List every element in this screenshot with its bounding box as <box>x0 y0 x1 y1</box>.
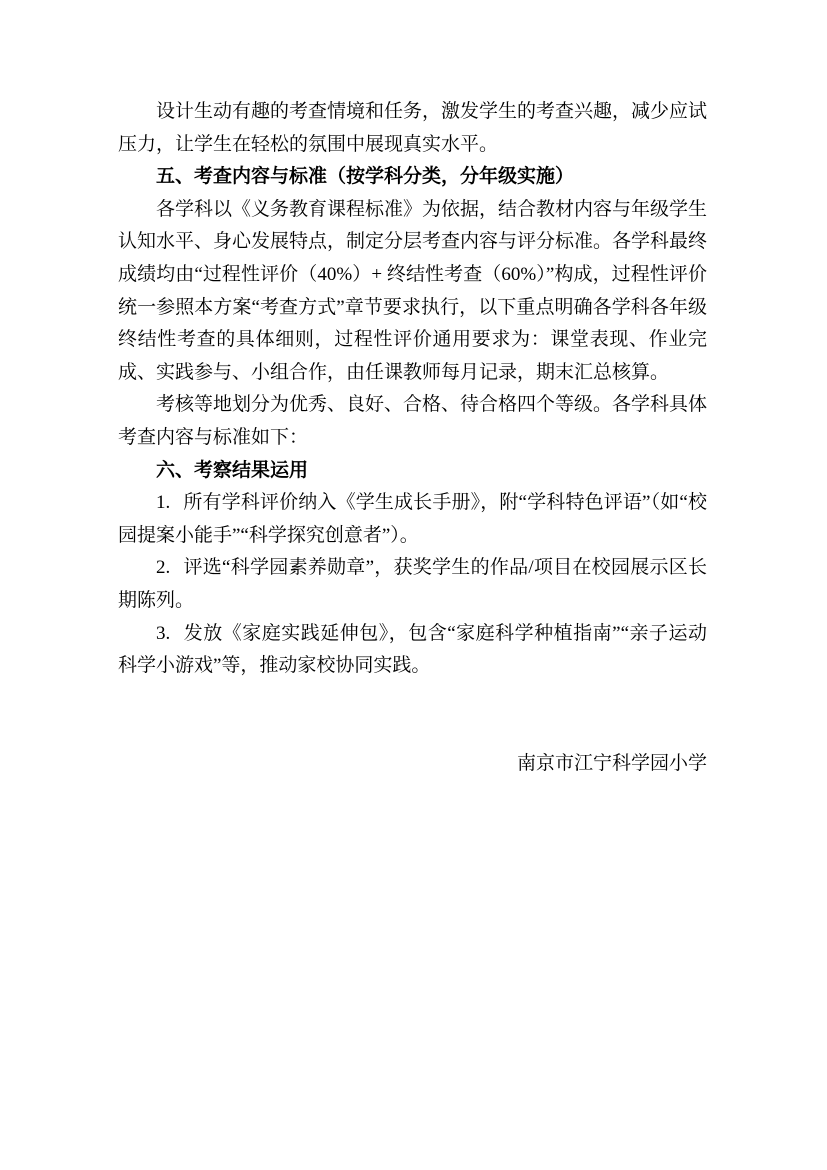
list-item-1-number: 1. <box>156 492 170 513</box>
list-item-3-number: 3. <box>156 623 170 644</box>
section-heading-6: 六、考察结果运用 <box>118 455 707 488</box>
paragraph-grade-levels: 考核等地划分为优秀、良好、合格、待合格四个等级。各学科具体考查内容与标准如下： <box>118 389 707 454</box>
list-item-2-number: 2. <box>156 557 170 578</box>
signature-school-name: 南京市江宁科学园小学 <box>118 748 707 781</box>
list-item-2-text: 评选“科学园素养勋章”，获奖学生的作品/项目在校园展示区长期陈列。 <box>118 557 707 611</box>
list-item-1: 1.所有学科评价纳入《学生成长手册》，附“学科特色评语”（如“校园提案小能手”“… <box>118 487 707 552</box>
list-item-2: 2.评选“科学园素养勋章”，获奖学生的作品/项目在校园展示区长期陈列。 <box>118 552 707 617</box>
list-item-1-text: 所有学科评价纳入《学生成长手册》，附“学科特色评语”（如“校园提案小能手”“科学… <box>118 492 707 546</box>
paragraph-content-standards: 各学科以《义务教育课程标准》为依据，结合教材内容与年级学生认知水平、身心发展特点… <box>118 194 707 390</box>
paragraph-exam-design: 设计生动有趣的考查情境和任务，激发学生的考查兴趣，减少应试压力，让学生在轻松的氛… <box>118 96 707 161</box>
section-heading-5: 五、考查内容与标准（按学科分类，分年级实施） <box>118 161 707 194</box>
document-body: 设计生动有趣的考查情境和任务，激发学生的考查兴趣，减少应试压力，让学生在轻松的氛… <box>118 96 707 780</box>
list-item-3: 3.发放《家庭实践延伸包》，包含“家庭科学种植指南”“亲子运动科学小游戏”等，推… <box>118 618 707 683</box>
list-item-3-text: 发放《家庭实践延伸包》，包含“家庭科学种植指南”“亲子运动科学小游戏”等，推动家… <box>118 623 707 677</box>
document-page: 设计生动有趣的考查情境和任务，激发学生的考查兴趣，减少应试压力，让学生在轻松的氛… <box>0 0 827 1170</box>
